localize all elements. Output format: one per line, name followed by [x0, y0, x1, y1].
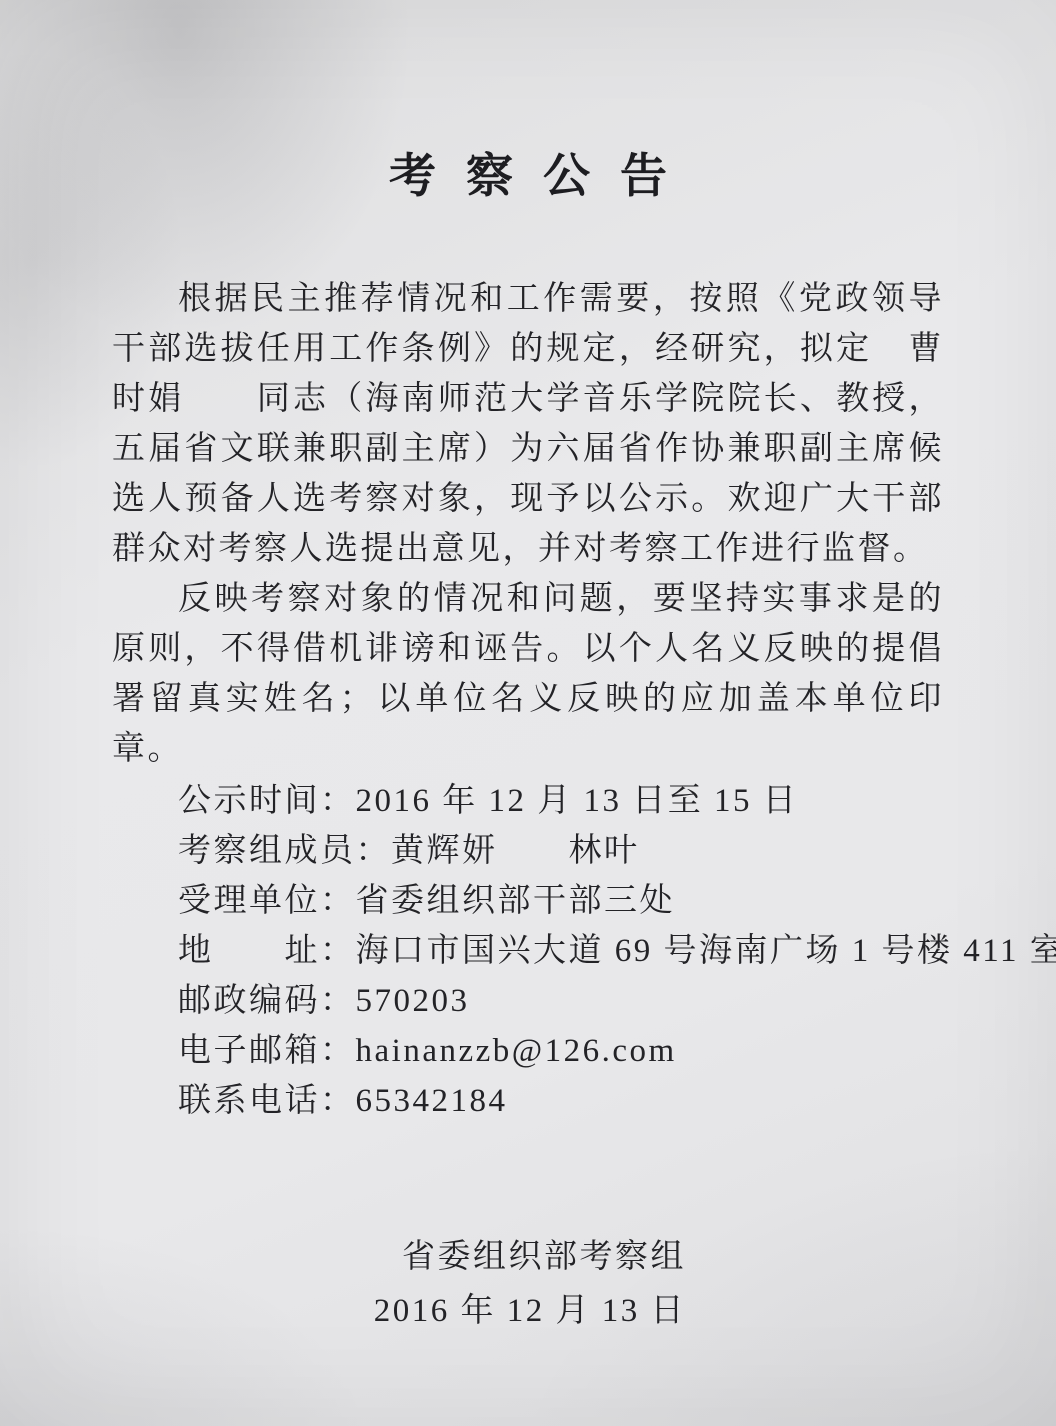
info-label: 公示时间： — [178, 783, 356, 819]
info-value: 65342184 — [356, 1083, 508, 1119]
document-photo: 考察公告 根据民主推荐情况和工作需要，按照《党政领导干部选拔任用工作条例》的规定… — [0, 0, 1056, 1426]
signature: 省委组织部考察组 — [112, 1230, 686, 1284]
info-value: 570203 — [356, 983, 470, 1019]
signature-block: 省委组织部考察组 2016 年 12 月 13 日 — [112, 1230, 944, 1338]
info-line-phone: 联系电话：65342184 — [178, 1076, 944, 1126]
info-line-email: 电子邮箱：hainanzzb@126.com — [178, 1026, 944, 1076]
info-value: 省委组织部干部三处 — [356, 883, 676, 919]
info-value: 黄辉妍 林叶 — [391, 833, 640, 869]
paragraph-feedback-rules: 反映考察对象的情况和问题，要坚持实事求是的原则，不得借机诽谤和诬告。以个人名义反… — [112, 574, 944, 774]
info-label: 联系电话： — [178, 1083, 356, 1119]
info-line-address: 地 址：海口市国兴大道 69 号海南广场 1 号楼 411 室 — [178, 926, 944, 976]
info-list: 公示时间：2016 年 12 月 13 日至 15 日 考察组成员：黄辉妍 林叶… — [112, 776, 944, 1126]
info-label: 电子邮箱： — [178, 1033, 356, 1069]
info-label: 考察组成员： — [178, 833, 391, 869]
paragraph-main: 根据民主推荐情况和工作需要，按照《党政领导干部选拔任用工作条例》的规定，经研究，… — [112, 274, 944, 574]
info-value: 海口市国兴大道 69 号海南广场 1 号楼 411 室 — [356, 933, 1056, 969]
info-label: 地 址： — [178, 933, 356, 969]
info-line-accepting-unit: 受理单位：省委组织部干部三处 — [178, 876, 944, 926]
info-line-public-period: 公示时间：2016 年 12 月 13 日至 15 日 — [178, 776, 944, 826]
info-line-team-members: 考察组成员：黄辉妍 林叶 — [178, 826, 944, 876]
announcement-document: 考察公告 根据民主推荐情况和工作需要，按照《党政领导干部选拔任用工作条例》的规定… — [0, 0, 1056, 1426]
info-line-postal-code: 邮政编码：570203 — [178, 976, 944, 1026]
date: 2016 年 12 月 13 日 — [112, 1284, 686, 1338]
info-value: hainanzzb@126.com — [356, 1033, 677, 1069]
info-label: 邮政编码： — [178, 983, 356, 1019]
info-label: 受理单位： — [178, 883, 356, 919]
document-title: 考察公告 — [112, 146, 944, 208]
info-value: 2016 年 12 月 13 日至 15 日 — [356, 783, 799, 819]
